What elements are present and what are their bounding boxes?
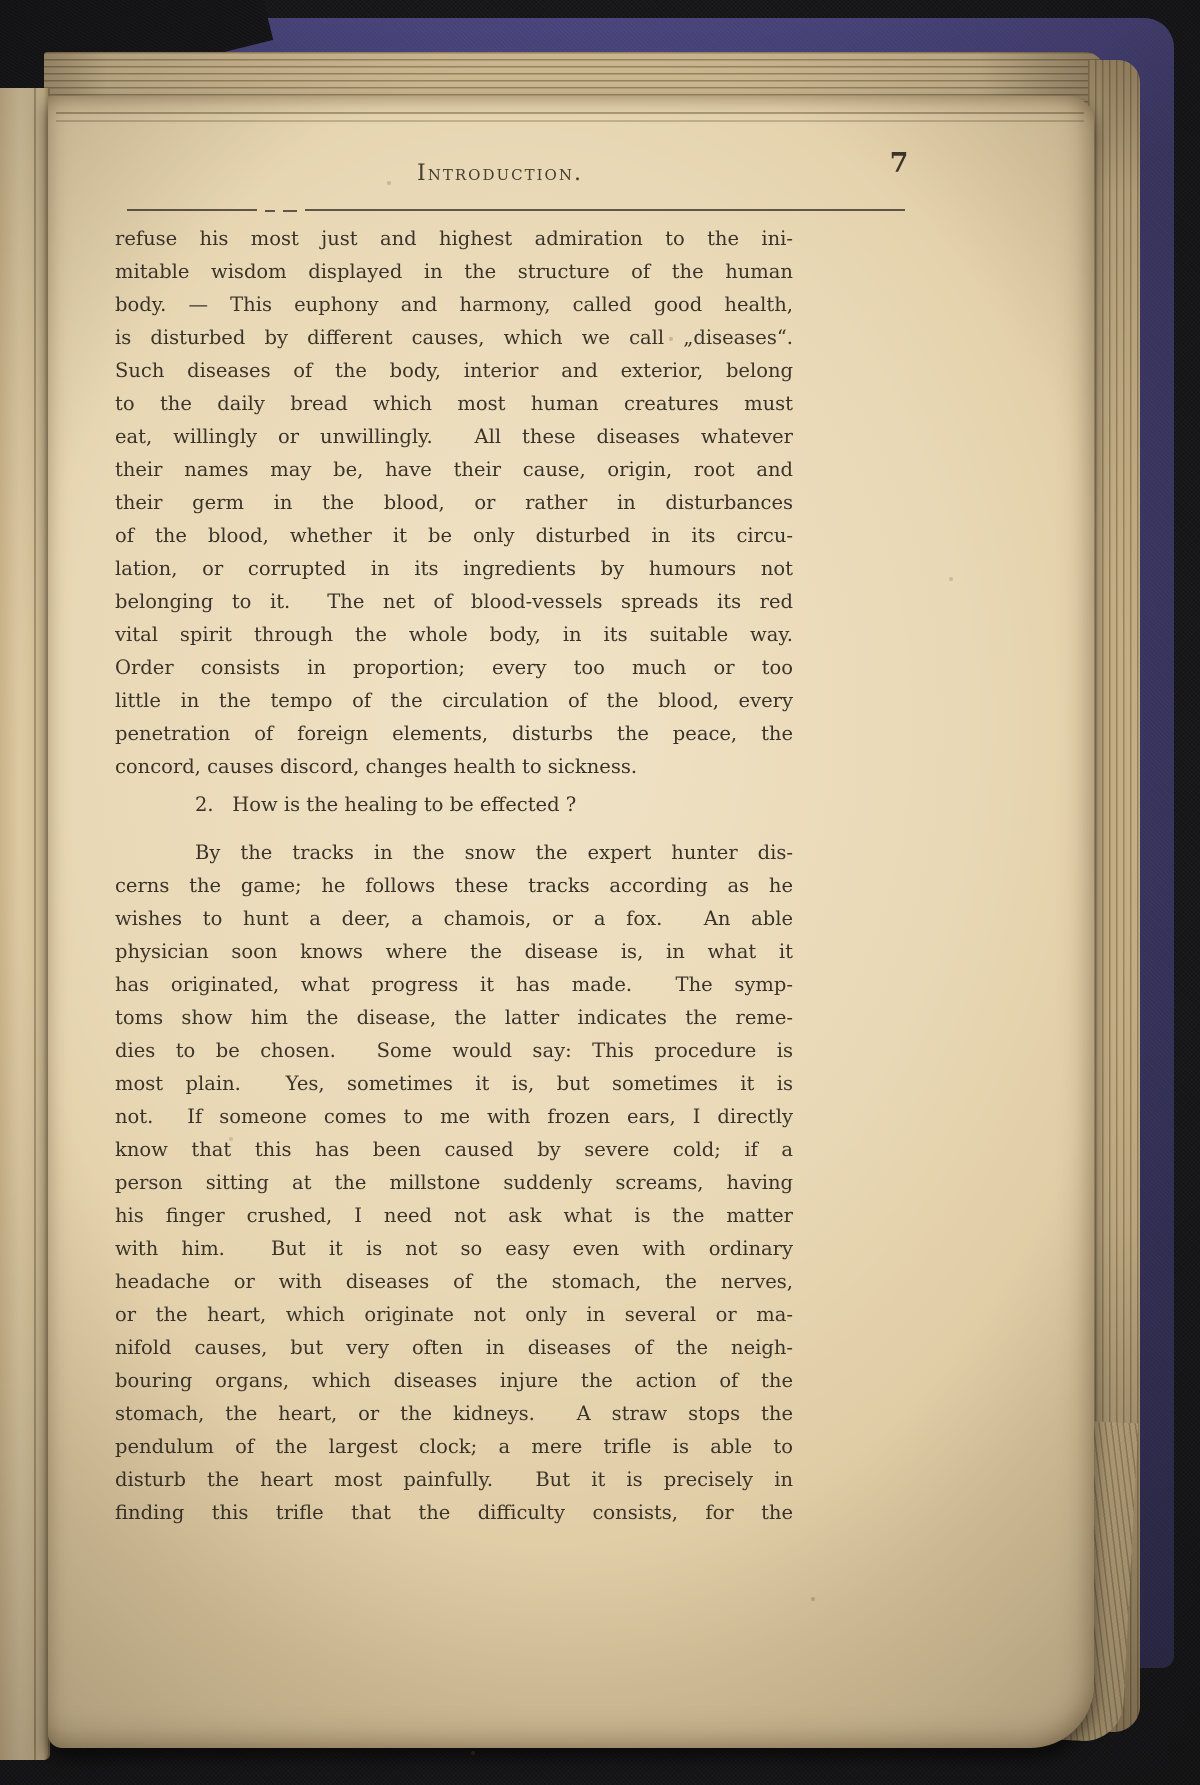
text-line: disturb the heart most painfully. But it… <box>115 1463 793 1496</box>
rule-segment <box>127 209 257 211</box>
text-line: headache or with diseases of the stomach… <box>115 1265 793 1298</box>
paper-speckles <box>48 96 50 98</box>
page-edge-hairline <box>56 120 1084 122</box>
text-line: vital spirit through the whole body, in … <box>115 618 793 651</box>
text-line: know that this has been caused by severe… <box>115 1133 793 1166</box>
rule-segment <box>283 210 297 212</box>
text-line: Order consists in proportion; every too … <box>115 651 793 684</box>
rule-segment <box>305 209 905 211</box>
section-heading: 2. How is the healing to be effected ? <box>195 788 576 821</box>
text-line: refuse his most just and highest admirat… <box>115 222 793 255</box>
text-line: finding this trifle that the difficulty … <box>115 1496 793 1529</box>
text-line: wishes to hunt a deer, a chamois, or a f… <box>115 902 793 935</box>
text-line: nifold causes, but very often in disease… <box>115 1331 793 1364</box>
text-line: has originated, what progress it has mad… <box>115 968 793 1001</box>
paragraph-1: refuse his most just and highest admirat… <box>115 222 793 783</box>
text-line: little in the tempo of the circulation o… <box>115 684 793 717</box>
text-line: their names may be, have their cause, or… <box>115 453 793 486</box>
text-line: eat, willingly or unwillingly. All these… <box>115 420 793 453</box>
page-edge-hairline <box>56 112 1084 114</box>
text-line: body. — This euphony and harmony, called… <box>115 288 793 321</box>
running-header-title: Introduction. <box>330 158 670 190</box>
text-line: Such diseases of the body, interior and … <box>115 354 793 387</box>
text-line: physician soon knows where the disease i… <box>115 935 793 968</box>
text-line: penetration of foreign elements, disturb… <box>115 717 793 750</box>
text-line: By the tracks in the snow the expert hun… <box>115 836 793 869</box>
text-line: pendulum of the largest clock; a mere tr… <box>115 1430 793 1463</box>
text-line: with him. But it is not so easy even wit… <box>115 1232 793 1265</box>
text-line: concord, causes discord, changes health … <box>115 750 793 783</box>
text-line: belonging to it. The net of blood-vessel… <box>115 585 793 618</box>
text-line: to the daily bread which most human crea… <box>115 387 793 420</box>
rule-segment <box>265 210 275 212</box>
text-line: lation, or corrupted in its ingredients … <box>115 552 793 585</box>
text-line: of the blood, whether it be only disturb… <box>115 519 793 552</box>
text-line: stomach, the heart, or the kidneys. A st… <box>115 1397 793 1430</box>
page-number: 7 <box>882 148 916 180</box>
paragraph-2: By the tracks in the snow the expert hun… <box>115 836 793 1529</box>
text-line: most plain. Yes, sometimes it is, but so… <box>115 1067 793 1100</box>
facing-page-sliver <box>0 88 50 1760</box>
text-line: or the heart, which originate not only i… <box>115 1298 793 1331</box>
text-line: dies to be chosen. Some would say: This … <box>115 1034 793 1067</box>
text-line: is disturbed by different causes, which … <box>115 321 793 354</box>
text-line: person sitting at the millstone suddenly… <box>115 1166 793 1199</box>
header-rule <box>127 209 905 212</box>
text-line: their germ in the blood, or rather in di… <box>115 486 793 519</box>
text-line: toms show him the disease, the latter in… <box>115 1001 793 1034</box>
text-line: mitable wisdom displayed in the structur… <box>115 255 793 288</box>
text-line: his finger crushed, I need not ask what … <box>115 1199 793 1232</box>
book-page: Introduction. 7 refuse his most just and… <box>48 96 1094 1748</box>
book-photo: Introduction. 7 refuse his most just and… <box>0 0 1200 1785</box>
text-line: cerns the game; he follows these tracks … <box>115 869 793 902</box>
text-line: not. If someone comes to me with frozen … <box>115 1100 793 1133</box>
text-line: bouring organs, which diseases injure th… <box>115 1364 793 1397</box>
